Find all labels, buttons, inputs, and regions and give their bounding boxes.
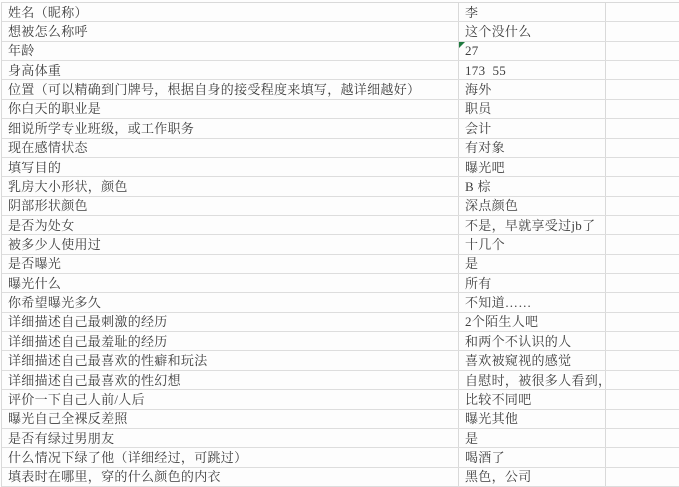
table-row: 是否有绿过男朋友 是: [2, 429, 679, 448]
question-cell[interactable]: 是否有绿过男朋友: [2, 429, 459, 447]
question-cell[interactable]: 想被怎么称呼: [2, 22, 459, 40]
answer-text: 27: [465, 44, 479, 57]
empty-cell[interactable]: [606, 255, 679, 273]
question-cell[interactable]: 身高体重: [2, 61, 459, 79]
empty-cell[interactable]: [606, 390, 679, 408]
question-text: 你希望曝光多久: [8, 296, 101, 309]
question-cell[interactable]: 位置（可以精确到门牌号，根据自身的接受程度来填写，越详细越好）: [2, 80, 459, 98]
answer-cell[interactable]: 所有: [459, 274, 606, 292]
answer-cell[interactable]: 是: [459, 429, 606, 447]
answer-cell[interactable]: 173 55: [459, 61, 606, 79]
question-cell[interactable]: 被多少人使用过: [2, 235, 459, 253]
empty-cell[interactable]: [606, 351, 679, 369]
table-row: 你白天的职业是 职员: [2, 100, 679, 119]
question-text: 是否曝光: [8, 257, 61, 270]
spreadsheet-grid: 姓名（昵称） 李 想被怎么称呼 这个没什么 年龄 27 身高体重: [1, 2, 679, 487]
empty-cell[interactable]: [606, 139, 679, 157]
question-text: 姓名（昵称）: [8, 6, 88, 19]
empty-cell[interactable]: [606, 468, 679, 486]
question-cell[interactable]: 细说所学专业班级，或工作职务: [2, 119, 459, 137]
question-text: 评价一下自己人前/人后: [8, 393, 145, 406]
empty-cell[interactable]: [606, 293, 679, 311]
question-text: 什么情况下绿了他（详细经过，可跳过）: [8, 451, 247, 464]
answer-cell[interactable]: 曝光吧: [459, 158, 606, 176]
question-text: 你白天的职业是: [8, 102, 101, 115]
empty-cell[interactable]: [606, 410, 679, 428]
question-text: 曝光自己全裸反差照: [8, 412, 128, 425]
answer-cell[interactable]: 这个没什么: [459, 22, 606, 40]
empty-cell[interactable]: [606, 100, 679, 118]
answer-text: 是: [465, 432, 478, 445]
answer-cell[interactable]: 自慰时，被很多人看到，被轮奸: [459, 371, 606, 389]
question-text: 详细描述自己最喜欢的性癖和玩法: [8, 354, 208, 367]
empty-cell[interactable]: [606, 119, 679, 137]
table-row: 被多少人使用过 十几个: [2, 235, 679, 254]
question-text: 阴部形状颜色: [8, 199, 88, 212]
answer-cell[interactable]: 有对象: [459, 139, 606, 157]
answer-text: 会计: [465, 122, 492, 135]
empty-cell[interactable]: [606, 80, 679, 98]
table-row: 阴部形状颜色 深点颜色: [2, 197, 679, 216]
empty-cell[interactable]: [606, 22, 679, 40]
answer-cell[interactable]: 27: [459, 42, 606, 60]
table-row: 曝光自己全裸反差照 曝光其他: [2, 410, 679, 429]
answer-cell[interactable]: 十几个: [459, 235, 606, 253]
table-row: 详细描述自己最刺激的经历 2个陌生人吧: [2, 313, 679, 332]
question-cell[interactable]: 乳房大小形状，颜色: [2, 177, 459, 195]
empty-cell[interactable]: [606, 61, 679, 79]
answer-cell[interactable]: B 棕: [459, 177, 606, 195]
answer-cell[interactable]: 不知道……: [459, 293, 606, 311]
table-row: 乳房大小形状，颜色 B 棕: [2, 177, 679, 196]
question-cell[interactable]: 详细描述自己最喜欢的性幻想: [2, 371, 459, 389]
answer-text: 不知道……: [465, 296, 532, 309]
table-row: 详细描述自己最喜欢的性幻想 自慰时，被很多人看到，被轮奸: [2, 371, 679, 390]
question-text: 位置（可以精确到门牌号，根据自身的接受程度来填写，越详细越好）: [8, 83, 420, 96]
question-text: 详细描述自己最喜欢的性幻想: [8, 374, 181, 387]
answer-text: B 棕: [465, 180, 491, 193]
empty-cell[interactable]: [606, 332, 679, 350]
question-cell[interactable]: 是否为处女: [2, 216, 459, 234]
question-cell[interactable]: 详细描述自己最羞耻的经历: [2, 332, 459, 350]
answer-text: 职员: [465, 102, 492, 115]
table-row: 填表时在哪里，穿的什么颜色的内衣 黑色，公司: [2, 468, 679, 487]
answer-cell[interactable]: 李: [459, 3, 606, 21]
question-cell[interactable]: 详细描述自己最喜欢的性癖和玩法: [2, 351, 459, 369]
question-cell[interactable]: 你希望曝光多久: [2, 293, 459, 311]
answer-cell[interactable]: 2个陌生人吧: [459, 313, 606, 331]
table-row: 细说所学专业班级，或工作职务 会计: [2, 119, 679, 138]
table-row: 姓名（昵称） 李: [2, 3, 679, 22]
spreadsheet-screenshot: 姓名（昵称） 李 想被怎么称呼 这个没什么 年龄 27 身高体重: [0, 0, 679, 487]
answer-text: 自慰时，被很多人看到，被轮奸: [465, 374, 606, 387]
answer-cell[interactable]: 比较不同吧: [459, 390, 606, 408]
empty-cell[interactable]: [606, 3, 679, 21]
table-row: 详细描述自己最羞耻的经历 和两个不认识的人: [2, 332, 679, 351]
empty-cell[interactable]: [606, 371, 679, 389]
table-row: 想被怎么称呼 这个没什么: [2, 22, 679, 41]
question-text: 年龄: [8, 44, 35, 57]
table-row: 详细描述自己最喜欢的性癖和玩法 喜欢被窥视的感觉: [2, 351, 679, 370]
answer-cell[interactable]: 和两个不认识的人: [459, 332, 606, 350]
question-cell[interactable]: 曝光什么: [2, 274, 459, 292]
question-cell[interactable]: 是否曝光: [2, 255, 459, 273]
table-row: 是否为处女 不是，早就享受过jb了: [2, 216, 679, 235]
answer-text: 所有: [465, 277, 492, 290]
question-text: 是否为处女: [8, 219, 75, 232]
question-cell[interactable]: 填表时在哪里，穿的什么颜色的内衣: [2, 468, 459, 486]
table-row: 曝光什么 所有: [2, 274, 679, 293]
question-cell[interactable]: 什么情况下绿了他（详细经过，可跳过）: [2, 448, 459, 466]
table-row: 身高体重 173 55: [2, 61, 679, 80]
empty-cell[interactable]: [606, 429, 679, 447]
answer-text: 有对象: [465, 141, 505, 154]
empty-cell[interactable]: [606, 448, 679, 466]
answer-text: 曝光吧: [465, 161, 505, 174]
answer-text: 这个没什么: [465, 25, 532, 38]
answer-text: 十几个: [465, 238, 505, 251]
question-cell[interactable]: 详细描述自己最刺激的经历: [2, 313, 459, 331]
empty-cell[interactable]: [606, 158, 679, 176]
answer-text: 黑色，公司: [465, 470, 532, 483]
question-cell[interactable]: 曝光自己全裸反差照: [2, 410, 459, 428]
answer-text: 和两个不认识的人: [465, 335, 571, 348]
question-cell[interactable]: 阴部形状颜色: [2, 197, 459, 215]
answer-text: 173 55: [465, 64, 506, 77]
answer-cell[interactable]: 职员: [459, 100, 606, 118]
answer-cell[interactable]: 黑色，公司: [459, 468, 606, 486]
question-text: 填写目的: [8, 161, 61, 174]
answer-cell[interactable]: 喜欢被窥视的感觉: [459, 351, 606, 369]
answer-cell[interactable]: 是: [459, 255, 606, 273]
empty-cell[interactable]: [606, 235, 679, 253]
question-text: 是否有绿过男朋友: [8, 432, 114, 445]
empty-cell[interactable]: [606, 177, 679, 195]
question-cell[interactable]: 你白天的职业是: [2, 100, 459, 118]
question-text: 身高体重: [8, 64, 61, 77]
question-cell[interactable]: 姓名（昵称）: [2, 3, 459, 21]
question-cell[interactable]: 现在感情状态: [2, 139, 459, 157]
answer-text: 深点颜色: [465, 199, 518, 212]
answer-cell[interactable]: 不是，早就享受过jb了: [459, 216, 606, 234]
question-text: 想被怎么称呼: [8, 25, 88, 38]
answer-text: 李: [465, 6, 478, 19]
table-row: 现在感情状态 有对象: [2, 139, 679, 158]
question-text: 详细描述自己最刺激的经历: [8, 315, 168, 328]
question-cell[interactable]: 年龄: [2, 42, 459, 60]
answer-text: 喜欢被窥视的感觉: [465, 354, 571, 367]
question-cell[interactable]: 评价一下自己人前/人后: [2, 390, 459, 408]
answer-cell[interactable]: 深点颜色: [459, 197, 606, 215]
table-row: 年龄 27: [2, 42, 679, 61]
question-text: 乳房大小形状，颜色: [8, 180, 128, 193]
answer-cell[interactable]: 喝酒了: [459, 448, 606, 466]
answer-cell[interactable]: 会计: [459, 119, 606, 137]
table-row: 是否曝光 是: [2, 255, 679, 274]
text-format-warning-triangle-icon: [459, 42, 465, 48]
answer-text: 是: [465, 257, 478, 270]
answer-text: 曝光其他: [465, 412, 518, 425]
answer-cell[interactable]: 曝光其他: [459, 410, 606, 428]
question-text: 被多少人使用过: [8, 238, 101, 251]
answer-text: 比较不同吧: [465, 393, 532, 406]
empty-cell[interactable]: [606, 197, 679, 215]
question-text: 细说所学专业班级，或工作职务: [8, 122, 194, 135]
table-row: 位置（可以精确到门牌号，根据自身的接受程度来填写，越详细越好） 海外: [2, 80, 679, 99]
answer-cell[interactable]: 海外: [459, 80, 606, 98]
empty-cell[interactable]: [606, 313, 679, 331]
table-row: 什么情况下绿了他（详细经过，可跳过） 喝酒了: [2, 448, 679, 467]
question-text: 曝光什么: [8, 277, 61, 290]
table-row: 填写目的 曝光吧: [2, 158, 679, 177]
table-row: 你希望曝光多久 不知道……: [2, 293, 679, 312]
table-row: 评价一下自己人前/人后 比较不同吧: [2, 390, 679, 409]
answer-text: 海外: [465, 83, 492, 96]
answer-text: 喝酒了: [465, 451, 505, 464]
empty-cell[interactable]: [606, 274, 679, 292]
answer-text: 2个陌生人吧: [465, 315, 538, 328]
empty-cell[interactable]: [606, 216, 679, 234]
question-text: 详细描述自己最羞耻的经历: [8, 335, 168, 348]
answer-text: 不是，早就享受过jb了: [465, 219, 595, 232]
empty-cell[interactable]: [606, 42, 679, 60]
question-text: 填表时在哪里，穿的什么颜色的内衣: [8, 470, 221, 483]
question-cell[interactable]: 填写目的: [2, 158, 459, 176]
question-text: 现在感情状态: [8, 141, 88, 154]
